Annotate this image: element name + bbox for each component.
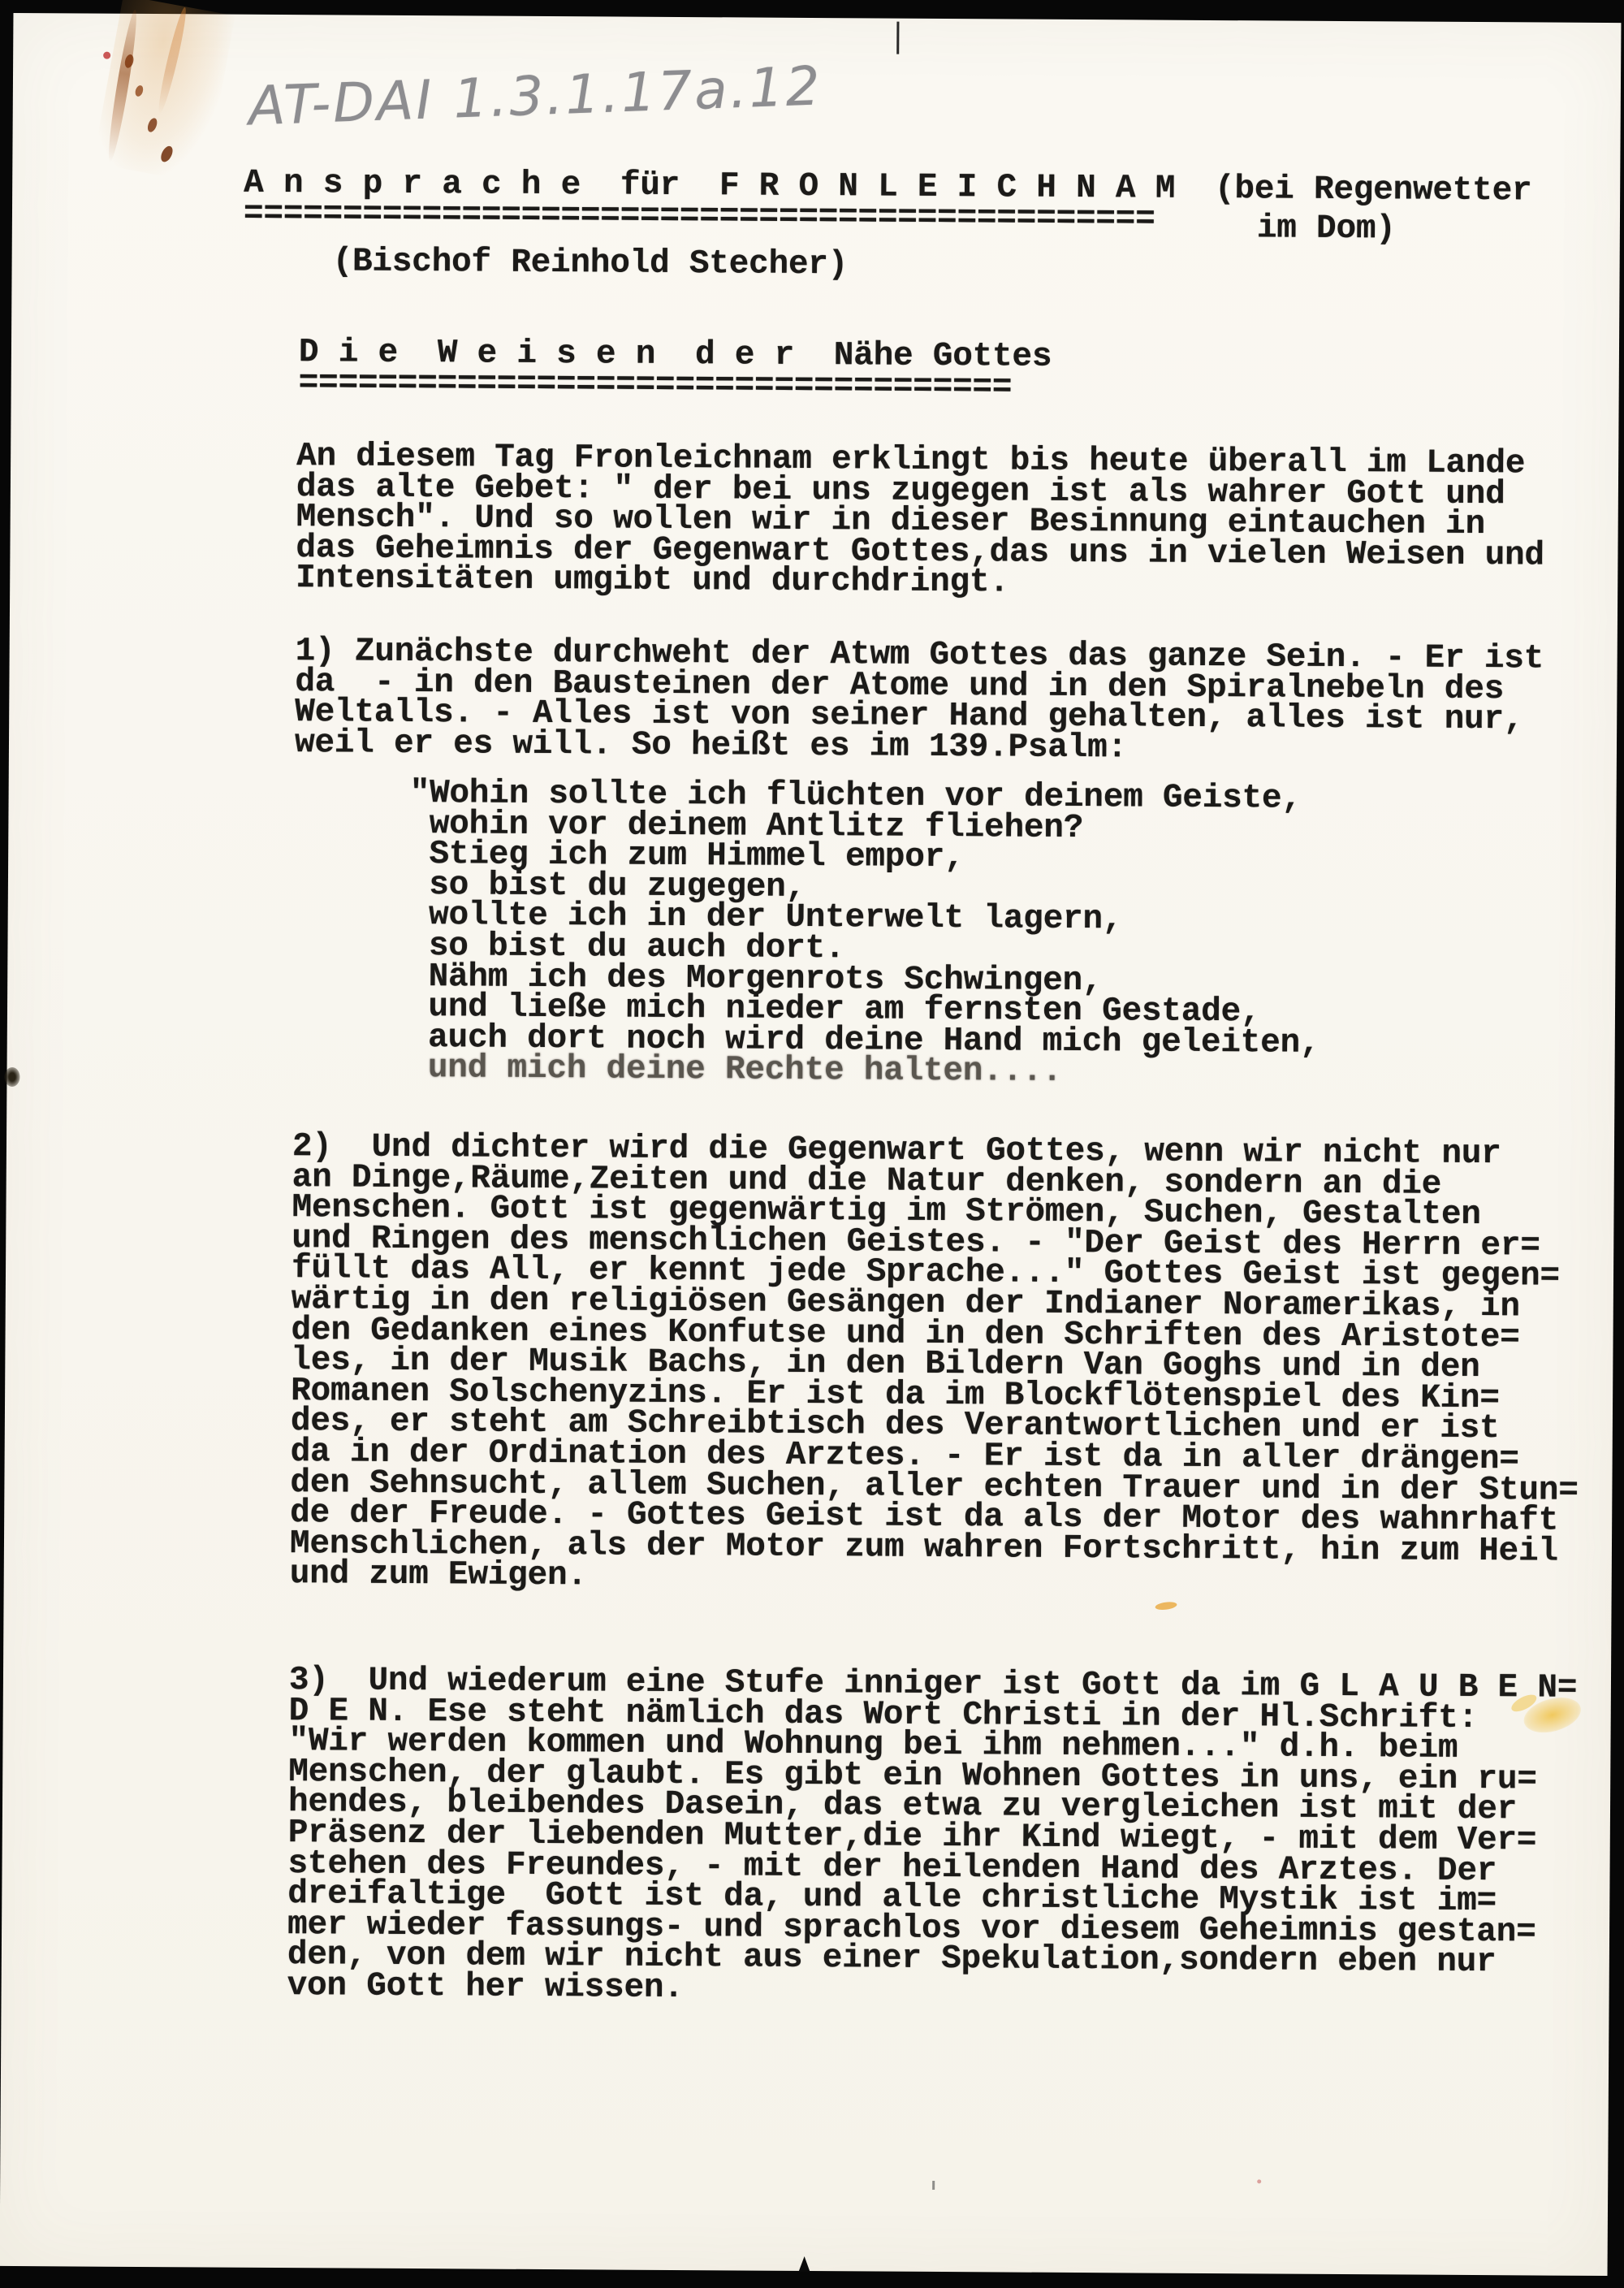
scan-speck [1257, 2179, 1261, 2183]
point-2-paragraph: 2) Und dichter wird die Gegenwart Gottes… [290, 1132, 1581, 1598]
psalm-quote: "Wohin sollte ich flüchten vor deinem Ge… [408, 779, 1322, 1059]
archival-reference-handwriting: AT-DAI 1.3.1.17a.12 [248, 54, 823, 137]
rust-stain-speck [146, 117, 159, 133]
orange-stain [1155, 1601, 1177, 1611]
rust-stain-speck [158, 145, 175, 164]
red-ink-dot [103, 52, 110, 59]
scan-edge-mark [896, 22, 899, 54]
psalm-quote-last-line: und mich deine Rechte halten.... [408, 1053, 1062, 1088]
section-heading-underline: ==================================== [299, 369, 1013, 404]
scanned-document-page: { "document": { "archival_reference": "A… [0, 0, 1624, 2288]
point-3-paragraph: 3) Und wiederum eine Stufe inniger ist G… [287, 1666, 1578, 2009]
rust-stain-speck [123, 54, 135, 69]
rust-stain-streak [105, 9, 141, 163]
title-location: im Dom) [1257, 214, 1396, 245]
title-underline: ========================================… [244, 200, 1155, 236]
intro-paragraph: An diesem Tag Fronleichnam erklingt bis … [296, 442, 1545, 602]
author-line: (Bischof Reinhold Stecher) [333, 247, 849, 280]
paper-sheet: AT-DAI 1.3.1.17a.12 A n s p r a c h e fü… [0, 13, 1621, 2276]
scan-speck [932, 2181, 935, 2190]
point-1-paragraph: 1) Zunächste durchweht der Atwm Gottes d… [295, 637, 1544, 767]
rust-stain-speck [134, 84, 145, 97]
edge-smudge [4, 1067, 19, 1087]
scan-edge-notch [799, 2256, 810, 2272]
rust-stain-streak [155, 6, 190, 115]
rust-stain-wash [93, 0, 235, 184]
